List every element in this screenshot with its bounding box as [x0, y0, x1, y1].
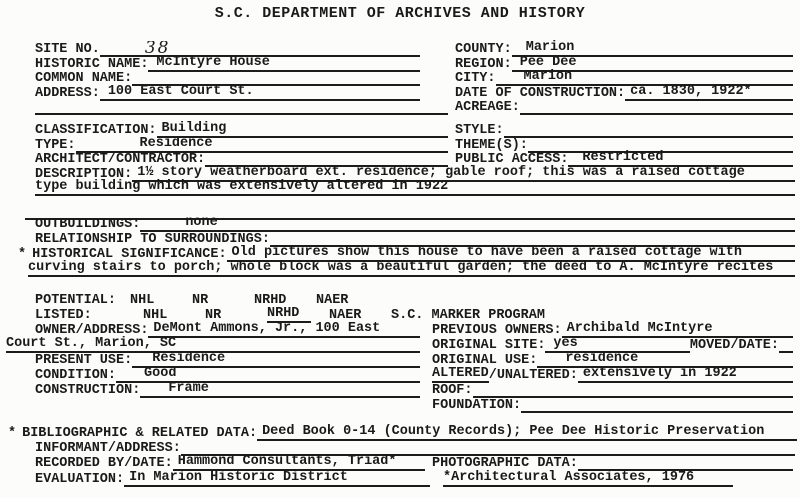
field-acreage: ACREAGE: — [455, 98, 793, 115]
field-photographic-data-label: PHOTOGRAPHIC DATA: — [432, 456, 578, 471]
field-photographic-data: PHOTOGRAPHIC DATA: — [432, 454, 793, 471]
footnote-text: *Architectural Associates, 1976 — [443, 470, 733, 487]
field-recorded-by-label: RECORDED BY/DATE: — [35, 456, 173, 471]
field-acreage-label: ACREAGE: — [455, 100, 520, 115]
field-foundation-label: FOUNDATION: — [432, 398, 521, 413]
field-recorded-by: RECORDED BY/DATE: Hammond Consultants, T… — [35, 454, 425, 471]
field-historical-significance-value-line2: curving stairs to porch; whole block was… — [28, 260, 795, 277]
field-address-label: ADDRESS: — [35, 86, 100, 101]
bibliographic-asterisk: * — [8, 426, 22, 441]
field-address-value: 100 East Court St. — [100, 84, 420, 101]
field-foundation-value — [521, 411, 793, 413]
field-description-value-line2: type building which was extensively alte… — [35, 179, 795, 196]
field-foundation: FOUNDATION: — [432, 396, 793, 413]
field-address: ADDRESS: 100 East Court St. — [35, 84, 420, 101]
field-construction: CONSTRUCTION: Frame — [35, 381, 420, 398]
field-recorded-by-value: Hammond Consultants, Triad* — [173, 454, 425, 471]
field-acreage-value — [520, 113, 793, 115]
field-evaluation-label: EVALUATION: — [35, 472, 124, 487]
page-title: S.C. DEPARTMENT OF ARCHIVES AND HISTORY — [0, 5, 800, 22]
field-construction-label: CONSTRUCTION: — [35, 383, 140, 398]
field-evaluation: EVALUATION: In Marion Historic District — [35, 470, 430, 487]
footnote: *Architectural Associates, 1976 — [443, 470, 733, 487]
field-historical-significance-continued: curving stairs to porch; whole block was… — [28, 260, 795, 277]
field-evaluation-value: In Marion Historic District — [124, 470, 430, 487]
field-construction-value: Frame — [140, 381, 420, 398]
field-description-continued: type building which was extensively alte… — [35, 179, 795, 196]
blank-rule-left — [35, 113, 448, 115]
